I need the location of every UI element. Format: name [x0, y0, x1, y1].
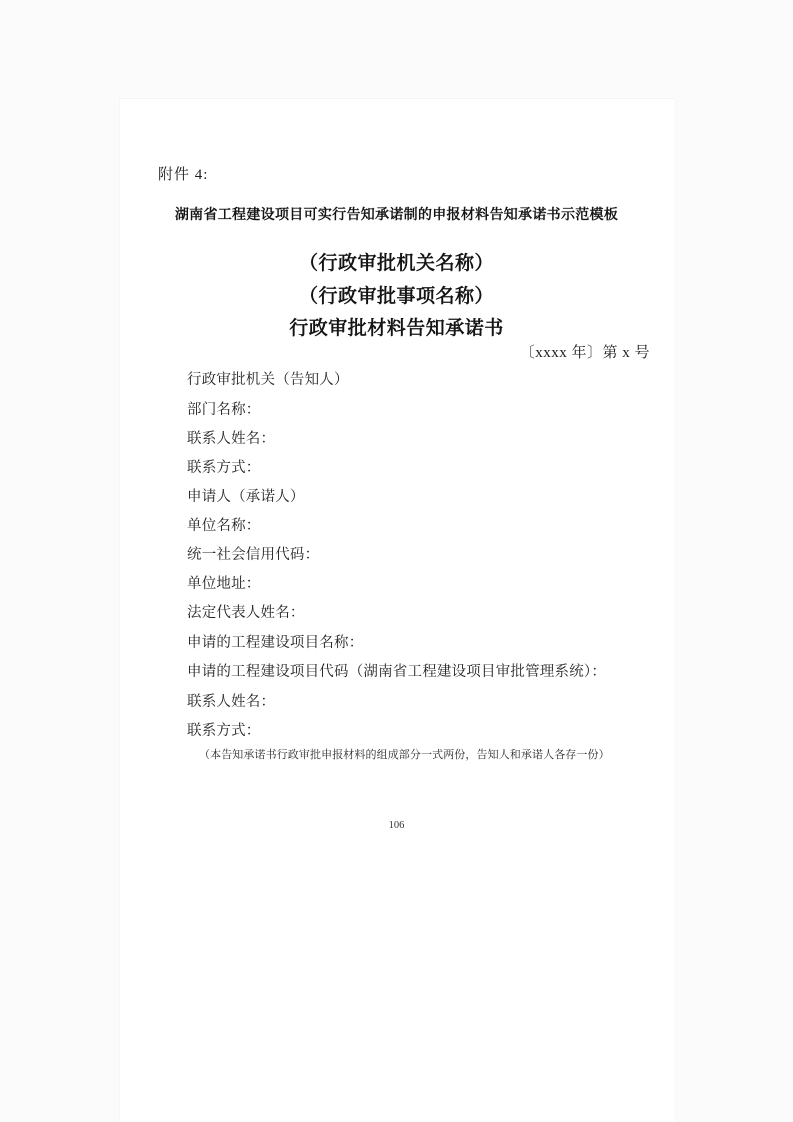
body-line-department-name: 部门名称： [187, 398, 261, 419]
body-line-contact-method: 联系方式： [187, 456, 261, 477]
body-line-contact-name: 联系人姓名： [187, 427, 275, 448]
document-number: 〔xxxx 年〕第 x 号 [520, 341, 650, 362]
body-line-contact-method-2: 联系方式： [187, 719, 261, 740]
body-line-applicant: 申请人（承诺人） [187, 485, 305, 506]
document-canvas: 附件 4: 湖南省工程建设项目可实行告知承诺制的申报材料告知承诺书示范模板 （行… [0, 0, 793, 1122]
document-title: 湖南省工程建设项目可实行告知承诺制的申报材料告知承诺书示范模板 [120, 204, 673, 224]
heading-approval-authority-name: （行政审批机关名称） [120, 248, 673, 275]
page-number: 106 [120, 820, 673, 831]
body-line-credit-code: 统一社会信用代码： [187, 543, 319, 564]
body-line-contact-name-2: 联系人姓名： [187, 690, 275, 711]
body-line-legal-rep-name: 法定代表人姓名： [187, 601, 305, 622]
body-line-unit-name: 单位名称： [187, 514, 261, 535]
footnote-copies-note: （本告知承诺书行政审批申报材料的组成部分一式两份，告知人和承诺人各存一份） [199, 746, 610, 762]
body-line-unit-address: 单位地址： [187, 572, 261, 593]
body-line-approval-authority: 行政审批机关（告知人） [187, 368, 349, 389]
body-line-project-name: 申请的工程建设项目名称： [187, 631, 363, 652]
body-line-project-code: 申请的工程建设项目代码（湖南省工程建设项目审批管理系统）： [187, 660, 606, 681]
attachment-label: 附件 4: [158, 163, 208, 184]
heading-commitment-letter-title: 行政审批材料告知承诺书 [120, 313, 673, 340]
heading-approval-item-name: （行政审批事项名称） [120, 281, 673, 308]
